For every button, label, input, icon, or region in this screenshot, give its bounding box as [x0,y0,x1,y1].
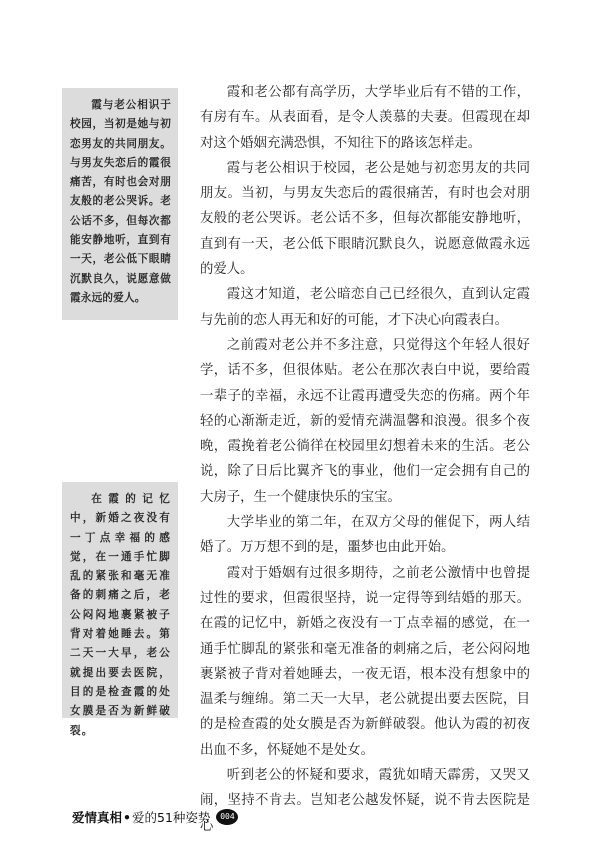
book-subtitle: 爱的51种姿势 [132,808,210,826]
page-footer: 爱情真相 • 爱的51种姿势 004 [72,806,238,828]
pull-quote-text: 霞与老公相识于校园，当初是她与初恋男友的共同朋友。与男友失恋后的霞很痛苦，有时也… [70,96,171,308]
pull-quote-text: 在霞的记忆中，新婚之夜没有一丁点幸福的感觉，在一通手忙脚乱的紧张和毫无准备的刺痛… [70,490,171,741]
paragraph: 之前霞对老公并不多注意，只觉得这个年轻人很好学，话不多，但很体贴。老公在那次表白… [200,333,530,510]
paragraph: 霞与老公相识于校园，老公是她与初恋男友的共同朋友。当初，与男友失恋后的霞很痛苦，… [200,156,530,282]
main-body-text: 霞和老公都有高学历，大学毕业后有不错的工作，有房有车。从表面看，是令人羡慕的夫妻… [200,80,530,839]
paragraph: 霞和老公都有高学历，大学毕业后有不错的工作，有房有车。从表面看，是令人羡慕的夫妻… [200,80,530,156]
page-number-badge: 004 [216,809,238,825]
paragraph: 大学毕业的第二年，在双方父母的催促下，两人结婚了。万万想不到的是，噩梦也由此开始… [200,510,530,561]
paragraph: 听到老公的怀疑和要求，霞犹如晴天霹雳，又哭又闹，坚持不肯去。岂知老公越发怀疑，说… [200,763,530,839]
sidebar-pull-quote-2: 在霞的记忆中，新婚之夜没有一丁点幸福的感觉，在一通手忙脚乱的紧张和毫无准备的刺痛… [62,482,178,718]
book-title: 爱情真相 [72,808,122,826]
paragraph: 霞对于婚姻有过很多期待，之前老公激情中也曾提过性的要求，但霞很坚持，说一定得等到… [200,561,530,763]
sidebar-pull-quote-1: 霞与老公相识于校园，当初是她与初恋男友的共同朋友。与男友失恋后的霞很痛苦，有时也… [62,88,178,320]
title-separator: • [123,810,131,825]
paragraph: 霞这才知道，老公暗恋自己已经很久，直到认定霞与先前的恋人再无和好的可能，才下决心… [200,282,530,333]
